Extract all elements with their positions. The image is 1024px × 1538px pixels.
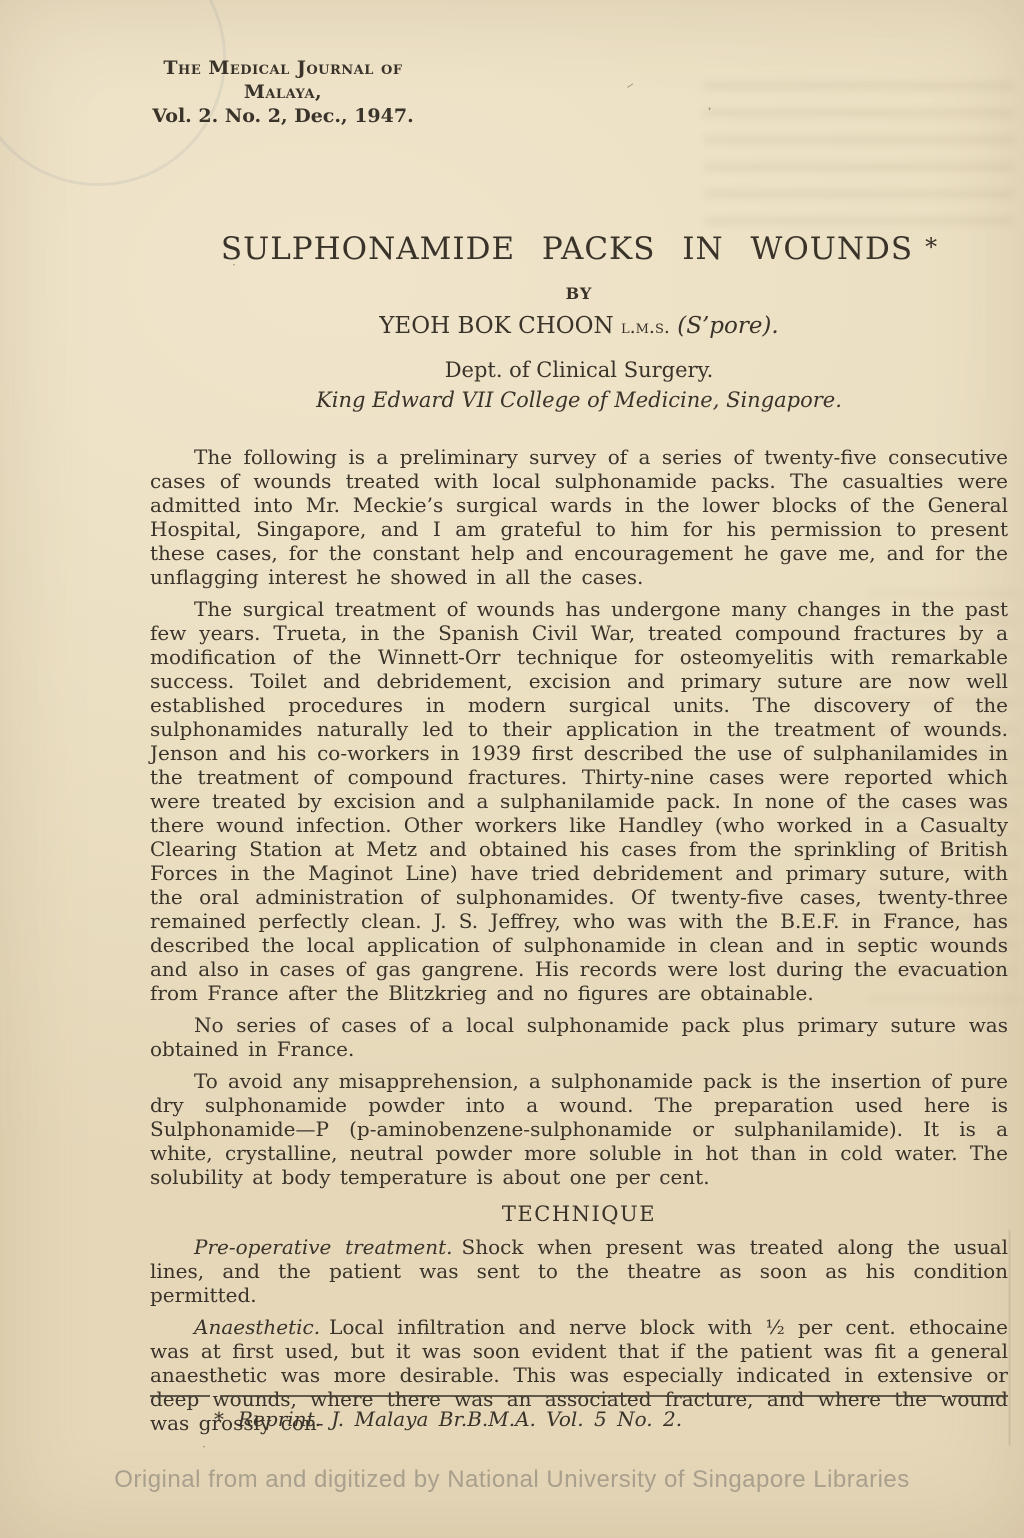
body-paragraph: The following is a preliminary survey of… [150, 445, 1008, 589]
journal-masthead: The Medical Journal of Malaya, Vol. 2. N… [150, 56, 416, 128]
page-content: The Medical Journal of Malaya, Vol. 2. N… [150, 0, 1008, 1435]
footnote: *Reprint. J. Malaya Br.B.M.A. Vol. 5 No.… [214, 1406, 682, 1432]
article-title-text: SULPHONAMIDE PACKS IN WOUNDS [221, 231, 913, 267]
technique-paragraph: Pre-operative treatment.Shock when prese… [150, 1235, 1008, 1307]
paragraph-lead-italic: Pre-operative treatment. [194, 1235, 453, 1259]
byline-label: BY [150, 284, 1008, 304]
institution-line: King Edward VII College of Medicine, Sin… [150, 387, 1008, 413]
body-paragraph: No series of cases of a local sulphonami… [150, 1013, 1008, 1061]
body-paragraph: The surgical treatment of wounds has und… [150, 597, 1008, 1005]
digitization-watermark: Original from and digitized by National … [0, 1466, 1024, 1494]
footnote-reference-asterisk: * [925, 233, 937, 261]
author-line: YEOH BOK CHOON l.m.s. (S’pore). [150, 312, 1008, 341]
footnote-text: Reprint. J. Malaya Br.B.M.A. Vol. 5 No. … [238, 1407, 682, 1431]
rule-segment [952, 1395, 1008, 1397]
scanned-journal-page: ⸍ ᾿ · · The Medical Journal of Malaya, V… [0, 0, 1024, 1538]
article-title: SULPHONAMIDE PACKS IN WOUNDS* [150, 228, 1008, 268]
paragraph-lead-italic: Anaesthetic. [194, 1315, 320, 1339]
journal-name-line2: Malaya, [150, 80, 416, 104]
journal-volume-line: Vol. 2. No. 2, Dec., 1947. [150, 104, 416, 128]
rule-segment [150, 1395, 210, 1397]
department-line: Dept. of Clinical Surgery. [150, 357, 1008, 383]
author-degree: l.m.s. [621, 316, 670, 338]
page-edge-fold-line [1009, 1230, 1010, 1445]
body-paragraph: To avoid any misapprehension, a sulphona… [150, 1069, 1008, 1189]
scan-speck: · [202, 1440, 206, 1454]
rule-segment [220, 1395, 942, 1397]
journal-name-line1: The Medical Journal of [150, 56, 416, 80]
footnote-separator-rule [150, 1395, 1008, 1397]
section-heading-technique: TECHNIQUE [150, 1201, 1008, 1227]
author-name: YEOH BOK CHOON [379, 313, 613, 339]
footnote-marker: * [214, 1407, 224, 1431]
author-location: (S’pore). [677, 313, 779, 339]
